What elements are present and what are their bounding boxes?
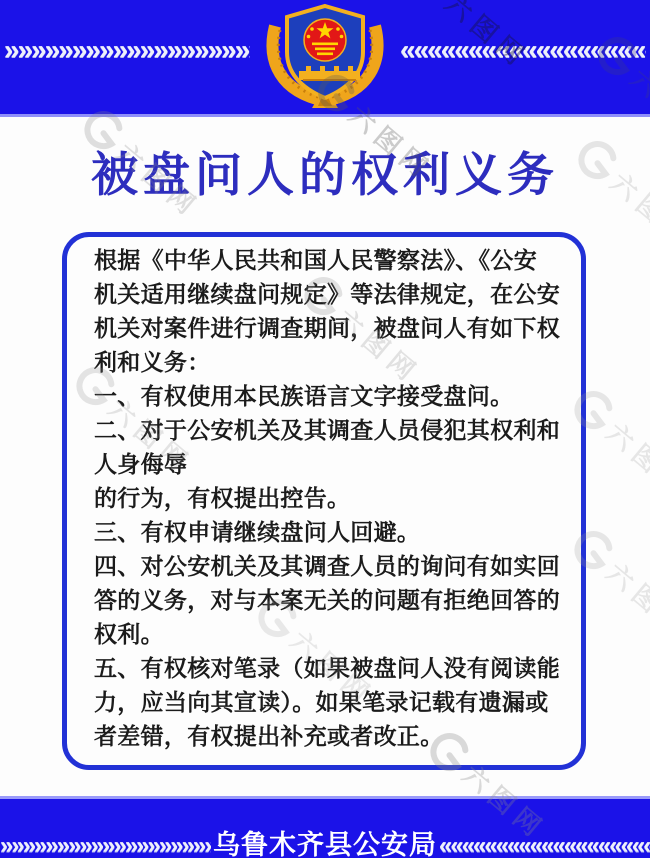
poster-title: 被盘问人的权利义务 <box>0 148 650 204</box>
notice-line: 二、对于公安机关及其调查人员侵犯其权利和 <box>94 413 567 447</box>
agency-name: 乌鲁木齐县公安局 <box>211 829 439 858</box>
notice-line: 五、有权核对笔录（如果被盘问人没有阅读能 <box>94 651 567 685</box>
chevron-left-row-icon: «««««««««««««««««««« <box>439 831 650 858</box>
chevron-left-row-icon: «««««««««««««««««««« <box>400 32 646 68</box>
notice-line: 四、对公安机关及其调查人员的询问有如实回 <box>94 549 567 583</box>
notice-line: 答的义务，对与本案无关的问题有拒绝回答的 <box>94 583 567 617</box>
notice-line: 三、有权申请继续盘问人回避。 <box>94 515 567 549</box>
notice-line: 权利。 <box>94 617 567 651</box>
footer-band: »»»»»»»»»»»»»»»»»»»» 乌鲁木齐县公安局 ««««««««««… <box>0 796 650 858</box>
notice-line: 根据《中华人民共和国人民警察法》、《公安 <box>94 243 567 277</box>
notice-line: 力，应当向其宣读）。如果笔录记载有遗漏或 <box>94 685 567 719</box>
notice-box: 根据《中华人民共和国人民警察法》、《公安 机关适用继续盘问规定》等法律规定，在公… <box>62 232 586 770</box>
notice-line: 人身侮辱 <box>94 447 567 481</box>
notice-line: 者差错，有权提出补充或者改正。 <box>94 719 567 753</box>
notice-line: 机关适用继续盘问规定》等法律规定，在公安 <box>94 277 567 311</box>
footer-row: »»»»»»»»»»»»»»»»»»»» 乌鲁木齐县公安局 ««««««««««… <box>0 829 650 858</box>
notice-line: 一、有权使用本民族语言文字接受盘问。 <box>94 379 567 413</box>
notice-line: 利和义务： <box>94 345 567 379</box>
poster-page: »»»»»»»»»»»»»»»»»»»» «««««««««««««««««««… <box>0 0 650 858</box>
header-band: »»»»»»»»»»»»»»»»»»»» «««««««««««««««««««… <box>0 0 650 117</box>
notice-line: 机关对案件进行调查期间，被盘问人有如下权 <box>94 311 567 345</box>
chevron-right-row-icon: »»»»»»»»»»»»»»»»»»»» <box>0 831 211 858</box>
police-badge-icon <box>257 2 393 108</box>
chevron-right-row-icon: »»»»»»»»»»»»»»»»»»»» <box>4 32 250 68</box>
notice-line: 的行为，有权提出控告。 <box>94 481 567 515</box>
